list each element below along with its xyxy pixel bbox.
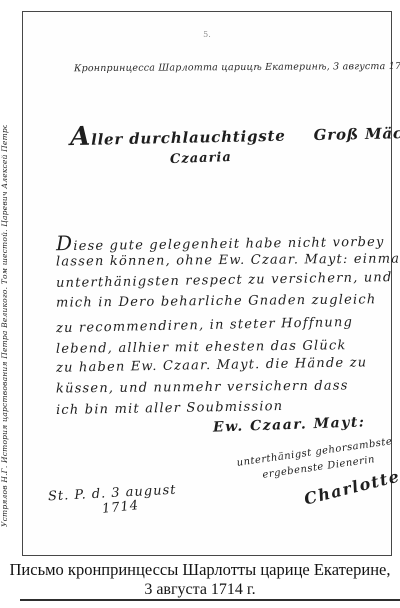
page-number: 5. [22, 30, 392, 39]
salutation-czaaria: Czaaria [170, 150, 232, 167]
figure-caption: Письмо кронпринцессы Шарлотты царице Ека… [0, 560, 400, 599]
figure-caption-line2: 3 августа 1714 г. [0, 580, 400, 599]
bottom-divider-rule [20, 599, 400, 601]
scanned-book-page: { "plate": { "page_number": "5.", "archi… [0, 0, 400, 608]
archival-note-handwriting: Кронпринцесса Шарлотта царицѣ Екатеринѣ,… [74, 61, 400, 74]
salutation-part1: Aller durchlauchtigste [70, 118, 286, 153]
letter-body-line: lassen können, ohne Ew. Czaar. Mayt: ein… [56, 252, 400, 269]
source-citation-vertical: Устрялов Н.Г. История царствования Петра… [0, 125, 17, 527]
salutation-part2: Groß Mächtigste [313, 123, 400, 144]
figure-caption-line1: Письмо кронпринцессы Шарлотты царице Ека… [0, 560, 400, 580]
